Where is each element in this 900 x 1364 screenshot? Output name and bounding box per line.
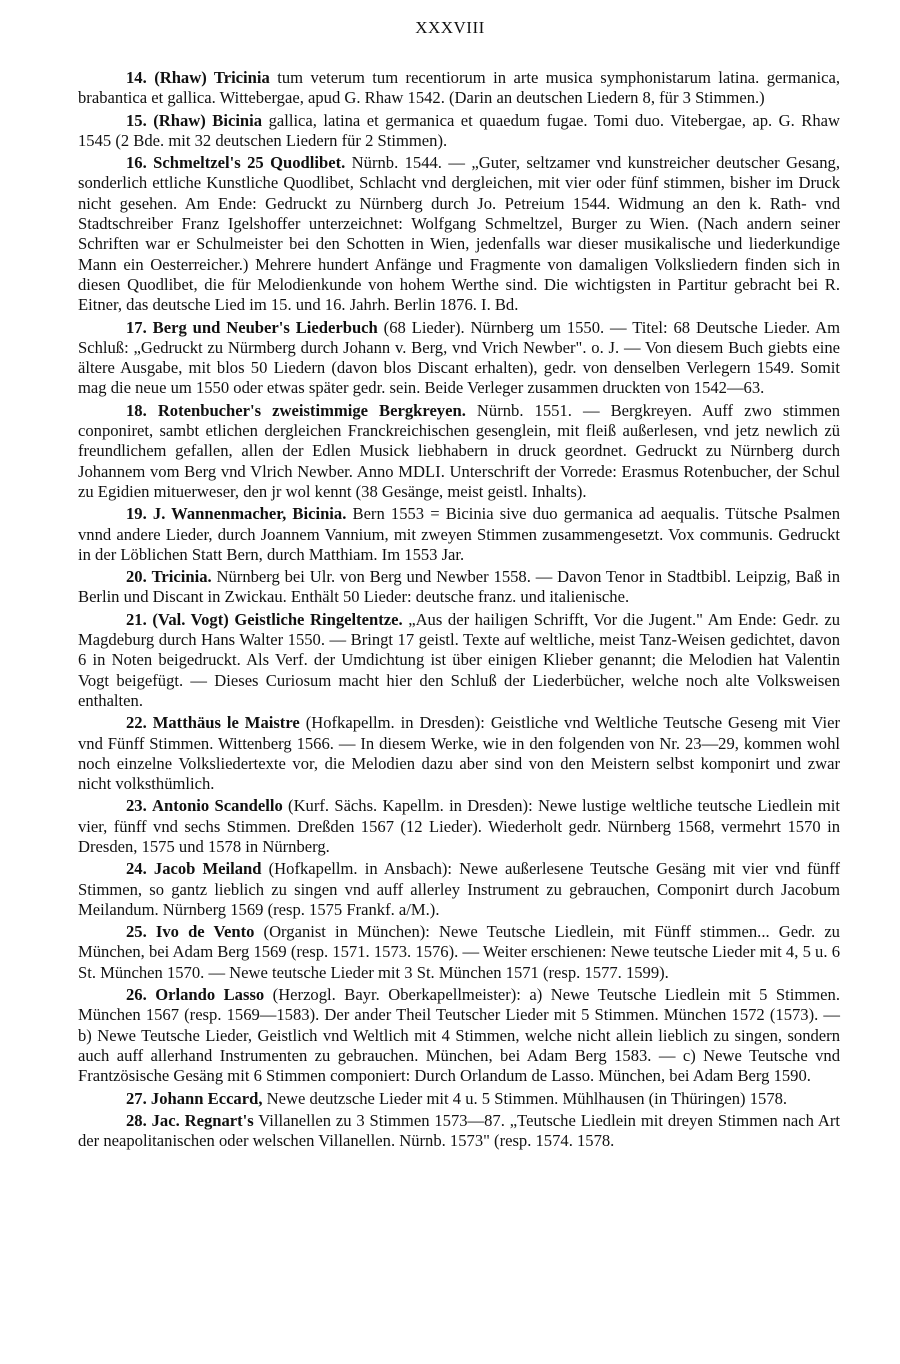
entry-heading: Matthäus le Maistre <box>153 713 300 732</box>
entry-number: 23. <box>126 796 147 815</box>
entry-heading: Orlando Lasso <box>155 985 264 1004</box>
bibliography-list: 14. (Rhaw) Tricinia tum veterum tum rece… <box>78 68 840 1153</box>
entry-25: 25. Ivo de Vento (Organist in München): … <box>78 922 840 983</box>
entry-heading: (Val. Vogt) Geistliche Ringeltentze. <box>152 610 402 629</box>
entry-number: 15. <box>126 111 147 130</box>
entry-17: 17. Berg und Neuber's Liederbuch (68 Lie… <box>78 318 840 399</box>
entry-20: 20. Tricinia. Nürnberg bei Ulr. von Berg… <box>78 567 840 608</box>
entry-18: 18. Rotenbucher's zweistimmige Bergkreye… <box>78 401 840 502</box>
entry-heading: Schmeltzel's 25 Quodlibet. <box>153 153 345 172</box>
entry-15: 15. (Rhaw) Bicinia gallica, latina et ge… <box>78 111 840 152</box>
entry-16: 16. Schmeltzel's 25 Quodlibet. Nürnb. 15… <box>78 153 840 315</box>
entry-heading: Rotenbucher's zweistimmige Bergkreyen. <box>158 401 466 420</box>
entry-number: 26. <box>126 985 147 1004</box>
entry-heading: Berg und Neuber's Liederbuch <box>153 318 378 337</box>
entry-number: 27. <box>126 1089 147 1108</box>
entry-heading: J. Wannenmacher, Bicinia. <box>153 504 346 523</box>
entry-heading: Jac. Regnart's <box>152 1111 254 1130</box>
entry-heading: (Rhaw) Bicinia <box>153 111 262 130</box>
entry-heading: Antonio Scandello <box>152 796 283 815</box>
entry-heading: Tricinia. <box>152 567 212 586</box>
entry-heading: Jacob Meiland <box>154 859 262 878</box>
entry-number: 28. <box>126 1111 147 1130</box>
entry-number: 16. <box>126 153 147 172</box>
entry-number: 14. <box>126 68 147 87</box>
entry-19: 19. J. Wannenmacher, Bicinia. Bern 1553 … <box>78 504 840 565</box>
entry-number: 20. <box>126 567 147 586</box>
entry-number: 22. <box>126 713 147 732</box>
entry-heading: Ivo de Vento <box>156 922 255 941</box>
page-number: XXXVIII <box>0 18 900 38</box>
entry-24: 24. Jacob Meiland (Hofkapellm. in Ansbac… <box>78 859 840 920</box>
entry-body: Newe deutzsche Lieder mit 4 u. 5 Stimmen… <box>262 1089 787 1108</box>
entry-number: 21. <box>126 610 147 629</box>
entry-23: 23. Antonio Scandello (Kurf. Sächs. Kape… <box>78 796 840 857</box>
entry-number: 17. <box>126 318 147 337</box>
entry-heading: (Rhaw) Tricinia <box>154 68 270 87</box>
entry-27: 27. Johann Eccard, Newe deutzsche Lieder… <box>78 1089 840 1109</box>
entry-body: Nürnb. 1544. — „Guter, seltzamer vnd kun… <box>78 153 840 314</box>
entry-heading: Johann Eccard, <box>151 1089 263 1108</box>
entry-22: 22. Matthäus le Maistre (Hofkapellm. in … <box>78 713 840 794</box>
entry-number: 18. <box>126 401 147 420</box>
entry-number: 19. <box>126 504 147 523</box>
entry-14: 14. (Rhaw) Tricinia tum veterum tum rece… <box>78 68 840 109</box>
entry-number: 25. <box>126 922 147 941</box>
entry-28: 28. Jac. Regnart's Villanellen zu 3 Stim… <box>78 1111 840 1152</box>
entry-26: 26. Orlando Lasso (Herzogl. Bayr. Oberka… <box>78 985 840 1086</box>
entry-number: 24. <box>126 859 147 878</box>
entry-21: 21. (Val. Vogt) Geistliche Ringeltentze.… <box>78 610 840 711</box>
